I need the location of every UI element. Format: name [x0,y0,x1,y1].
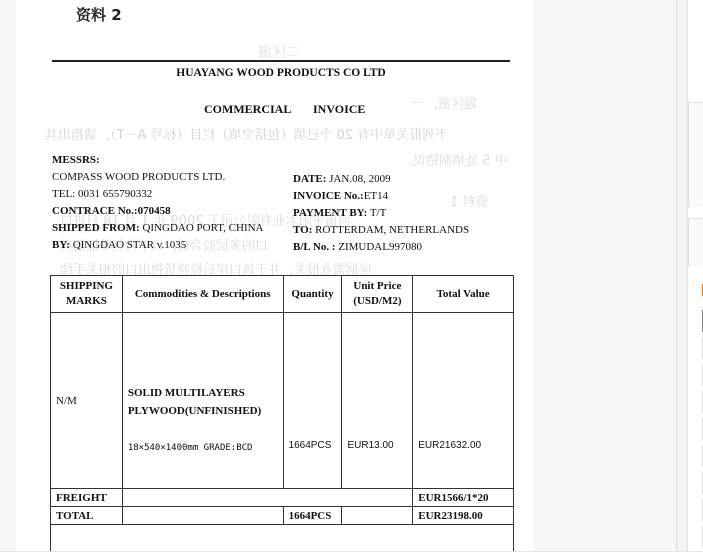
table-header-row: SHIPPINGMARKS Commodities & Descriptions… [51,276,514,313]
header-quantity: Quantity [283,276,342,313]
buyer-tel: TEL: 0031 655790332 [52,186,264,203]
blank-cell [51,525,514,552]
buyer-name: COMPASS WOOD PRODUCTS LTD. [52,169,264,186]
unit-price-cell: EUR13.00 [342,313,413,489]
total-quantity: 1664PCS [283,507,342,525]
freight-row: FREIGHT EUR1566/1*20 [51,489,514,507]
invoice-meta: DATE: JAN.08, 2009 INVOICE No.:ET14 PAYM… [293,171,469,256]
bl-number: B/L No. : ZIMUDAL997080 [293,239,469,256]
total-value-cell: EUR21632.00 [413,313,514,489]
messrs-label: MESSRS: [52,152,264,169]
doc-title-invoice: INVOICE [313,102,365,117]
product-name: SOLID MULTILAYERSPLYWOOD(UNFINISHED) [123,382,283,422]
shipping-marks-cell: N/M [51,313,123,489]
freight-empty [122,489,412,507]
header-shipping-marks: SHIPPINGMARKS [51,276,123,313]
doc-title-commercial: COMMERCIAL [204,102,291,117]
quantity-cell: 1664PCS [283,313,342,489]
total-row: TOTAL 1664PCS EUR23198.00 [51,507,514,525]
shipped-from: SHIPPED FROM: QINGDAO PORT, CHINA [52,220,264,237]
contract-no: CONTRACE No.:070458 [52,203,264,220]
invoice-table: SHIPPINGMARKS Commodities & Descriptions… [50,275,514,552]
description-cell: SOLID MULTILAYERSPLYWOOD(UNFINISHED) 18×… [122,313,283,489]
header-rule [52,60,510,62]
vessel: BY: QINGDAO STAR v.1035 [52,237,264,254]
freight-value: EUR1566/1*20 [413,489,514,507]
scroll-track[interactable] [677,0,687,551]
total-empty-2 [342,507,413,525]
viewer-gutter [533,0,676,551]
header-commodities: Commodities & Descriptions [122,276,283,313]
buyer-info: MESSRS: COMPASS WOOD PRODUCTS LTD. TEL: … [52,152,264,254]
invoice-number: INVOICE No.:ET14 [293,188,469,205]
company-name: HUAYANG WOOD PRODUCTS CO LTD [52,67,510,79]
right-panel [688,0,703,551]
total-empty [122,507,283,525]
destination: TO: ROTTERDAM, NETHERLANDS [293,222,469,239]
total-label: TOTAL [51,507,123,525]
product-spec: 18×540×1400mm GRADE:BCD [123,441,283,455]
right-panel-card[interactable] [688,102,703,207]
section-heading: 资料 2 [76,4,122,25]
total-value: EUR23198.00 [413,507,514,525]
table-row: N/M SOLID MULTILAYERSPLYWOOD(UNFINISHED)… [51,313,514,489]
blank-row [51,525,514,552]
header-unit-price: Unit Price(USD/M2) [342,276,413,313]
right-panel-card[interactable] [688,218,703,266]
invoice-date: DATE: JAN.08, 2009 [293,171,469,188]
payment-terms: PAYMENT BY: T/T [293,205,469,222]
header-total-value: Total Value [413,276,514,313]
freight-label: FREIGHT [51,489,123,507]
